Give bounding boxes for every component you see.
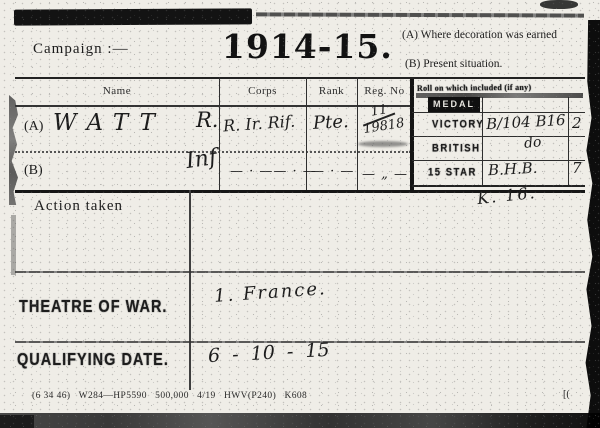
- medal-row-victory-roll: B/104 B16: [486, 111, 566, 133]
- scan-blob-top-right: [540, 0, 578, 9]
- theatre-of-war-value: 1. France.: [213, 278, 327, 307]
- campaign-title: 1914-15.: [222, 27, 394, 66]
- theatre-of-war-label: THEATRE OF WAR.: [19, 297, 167, 316]
- scan-border-right: [583, 20, 600, 428]
- printers-imprint: (6 34 46) W284—HP5590 500,000 4/19 HWV(P…: [32, 391, 307, 401]
- row-a-prefix: (A): [24, 119, 43, 135]
- card-left-edge-shadow: [9, 95, 18, 205]
- medal-rule-v1: [482, 97, 483, 186]
- row-a-corps: R. Ir. Rif.: [222, 112, 295, 136]
- note-b-label: (B) Present situation.: [405, 58, 502, 70]
- campaign-label: Campaign :—: [33, 41, 129, 58]
- row-a-surname: WATT: [53, 110, 166, 136]
- rule-col-action-divider: [189, 190, 191, 390]
- medal-rule-h2: [412, 136, 585, 137]
- medal-column-stamp: MEDAL: [428, 97, 480, 112]
- medal-row-star-page: 7: [572, 159, 582, 177]
- rule-header-bottom: [15, 105, 412, 107]
- medal-row-victory-label: VICTORY: [432, 118, 484, 131]
- rule-table-top: [15, 77, 585, 79]
- scan-band-bottom: [0, 413, 600, 428]
- row-b-flourish: Inf: [184, 145, 218, 174]
- column-header-corps: Corps: [219, 85, 306, 97]
- row-b-prefix: (B): [24, 163, 43, 179]
- row-a-initial: R.: [196, 108, 219, 132]
- card-top-edge-shadow: [14, 8, 252, 25]
- column-header-rank: Rank: [306, 85, 357, 97]
- card-top-edge-line: [256, 12, 584, 17]
- action-taken-label: Action taken: [34, 198, 123, 215]
- qualifying-date-label: QUALIFYING DATE.: [17, 350, 169, 369]
- medal-table-header: Roll on which included (if any): [417, 82, 583, 93]
- row-a-rank: Pte.: [312, 111, 349, 134]
- row-b-ditto-reg: — „ —: [362, 167, 408, 182]
- column-header-name: Name: [15, 85, 219, 97]
- medal-row-british-roll: do: [523, 134, 542, 152]
- ink-smudge-reg: [358, 141, 408, 147]
- scan-blob-bottom-left: [0, 415, 34, 428]
- rule-action-bottom: [15, 271, 585, 273]
- medal-index-card: Campaign :— 1914-15. (A) Where decoratio…: [0, 0, 600, 428]
- row-b-ditto-corps: — · —— · —: [230, 164, 317, 179]
- medal-row-star-roll: B.H.B.: [488, 159, 538, 180]
- note-a-label: (A) Where decoration was earned: [402, 29, 557, 41]
- medal-rule-v2: [568, 97, 569, 186]
- medal-table-left-border: [410, 79, 414, 191]
- qualifying-date-value: 6 - 10 - 15: [208, 339, 331, 367]
- medal-row-star-label: 15 STAR: [428, 166, 477, 179]
- medal-row-victory-page: 2: [572, 114, 582, 132]
- medal-row-british-label: BRITISH: [432, 142, 481, 155]
- card-left-edge-shadow-2: [11, 215, 16, 275]
- column-header-reg-no: Reg. No: [357, 85, 412, 97]
- row-b-ditto-rank: — · —: [311, 164, 354, 179]
- row-a-reg-no: 11 19818: [360, 101, 405, 136]
- edge-mark: [(: [563, 389, 570, 400]
